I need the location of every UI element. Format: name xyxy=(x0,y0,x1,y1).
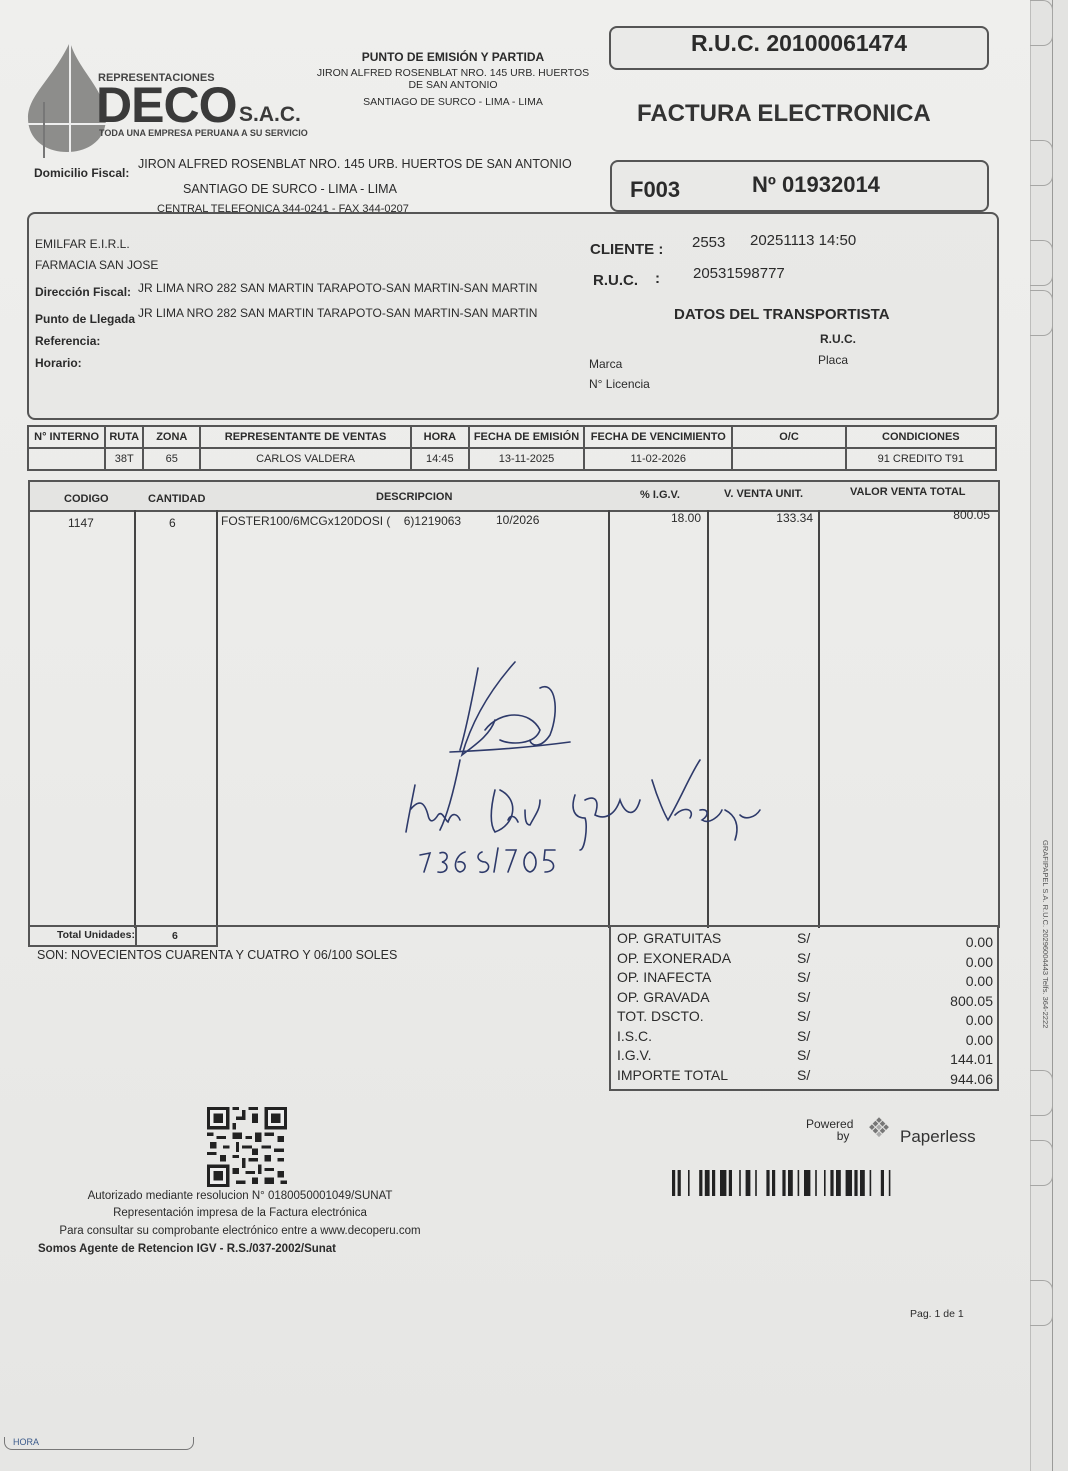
item-code: 1147 xyxy=(68,516,94,530)
emission-point-line: SANTIAGO DE SURCO - LIMA - LIMA xyxy=(312,96,594,108)
total-units-label: Total Unidades: xyxy=(57,929,135,941)
form-edge xyxy=(1030,0,1068,1471)
client-ruc: 20531598777 xyxy=(693,265,785,282)
client-datetime: 20251113 14:50 xyxy=(750,232,856,249)
client-code: 2553 xyxy=(692,234,725,251)
item-igv: 18.00 xyxy=(610,511,701,525)
total-units: Total Unidades: 6 xyxy=(28,927,218,947)
summary-row: OP. INAFECTA S/ 0.00 xyxy=(617,969,993,989)
column-divider xyxy=(216,510,218,928)
summary-label: I.G.V. xyxy=(617,1047,652,1063)
fiscal-address-label: Domicilio Fiscal: xyxy=(34,166,129,180)
header-total: VALOR VENTA TOTAL xyxy=(850,486,966,498)
summary-label: OP. GRATUITAS xyxy=(617,930,721,946)
summary-label: TOT. DSCTO. xyxy=(617,1008,704,1024)
barcode-icon xyxy=(672,1170,967,1196)
summary-label: OP. INAFECTA xyxy=(617,969,711,985)
document-type: FACTURA ELECTRONICA xyxy=(637,100,931,128)
summary-row: I.S.C. S/ 0.00 xyxy=(617,1028,993,1048)
summary-value: 0.00 xyxy=(966,1032,993,1048)
header-time: HORA xyxy=(411,426,469,448)
currency: S/ xyxy=(797,930,810,946)
item-total: 800.05 xyxy=(820,508,990,522)
page-number: Pag. 1 de 1 xyxy=(910,1308,964,1320)
footer-authorization: Autorizado mediante resolucion N° 018005… xyxy=(30,1190,450,1202)
carrier-plate-label: Placa xyxy=(818,353,848,367)
reference-label: Referencia: xyxy=(35,334,100,348)
hora-tab: HORA xyxy=(4,1437,194,1450)
column-divider xyxy=(818,510,820,928)
carrier-license-label: N° Licencia xyxy=(589,377,650,391)
po xyxy=(732,448,845,470)
footer-consult: Para consultar su comprobante electrónic… xyxy=(30,1225,450,1237)
item-description: FOSTER100/6MCGx120DOSI ( 6)1219063 xyxy=(221,514,461,528)
header-internal-no: N° INTERNO xyxy=(28,426,105,448)
form-tab xyxy=(1030,240,1053,286)
summary-value: 800.05 xyxy=(950,993,993,1009)
header-igv: % I.G.V. xyxy=(640,489,680,501)
summary-value: 0.00 xyxy=(966,954,993,970)
header-unit-price: V. VENTA UNIT. xyxy=(724,488,803,500)
zone: 65 xyxy=(143,448,200,470)
currency: S/ xyxy=(797,989,810,1005)
summary-row: OP. GRATUITAS S/ 0.00 xyxy=(617,930,993,950)
arrival-address: JR LIMA NRO 282 SAN MARTIN TARAPOTO-SAN … xyxy=(138,306,537,320)
printer-imprint: GRAFIPAPEL S.A. R.U.C. 20296004443 Telfs… xyxy=(1041,840,1050,1028)
summary-value: 0.00 xyxy=(966,1012,993,1028)
form-tab xyxy=(1030,1140,1053,1186)
qr-code-icon xyxy=(207,1107,287,1187)
form-tab xyxy=(1030,1070,1053,1116)
client-fiscal-address: JR LIMA NRO 282 SAN MARTIN TARAPOTO-SAN … xyxy=(138,281,537,295)
logo-slogan: TODA UNA EMPRESA PERUANA A SU SERVICIO xyxy=(99,128,308,138)
header-conditions: CONDICIONES xyxy=(846,426,996,448)
invoice-sheet: REPRESENTACIONES DECO S.A.C. TODA UNA EM… xyxy=(0,0,1030,1471)
summary-row: TOT. DSCTO. S/ 0.00 xyxy=(617,1008,993,1028)
issuer-ruc: R.U.C. 20100061474 xyxy=(609,30,989,57)
amount-in-words: SON: NOVECIENTOS CUARENTA Y CUATRO Y 06/… xyxy=(37,948,397,962)
emission-point-title: PUNTO DE EMISIÓN Y PARTIDA xyxy=(318,50,588,64)
client-ruc-colon: : xyxy=(655,270,660,287)
summary-row: OP. GRAVADA S/ 800.05 xyxy=(617,989,993,1009)
fiscal-address-line2: SANTIAGO DE SURCO - LIMA - LIMA xyxy=(183,182,397,196)
client-code-label: CLIENTE : xyxy=(590,241,663,258)
emission-point-line: JIRON ALFRED ROSENBLAT NRO. 145 URB. HUE… xyxy=(312,67,594,79)
form-tab xyxy=(1030,140,1053,186)
currency: S/ xyxy=(797,1067,810,1083)
logo-deco: DECO xyxy=(96,80,236,130)
form-tab xyxy=(1030,0,1053,46)
summary-row: I.G.V. S/ 144.01 xyxy=(617,1047,993,1067)
footer-representation: Representación impresa de la Factura ele… xyxy=(30,1207,450,1219)
form-tab xyxy=(1030,1280,1053,1326)
item-expiry: 10/2026 xyxy=(496,513,539,527)
currency: S/ xyxy=(797,969,810,985)
totals-summary: OP. GRATUITAS S/ 0.00 OP. EXONERADA S/ 0… xyxy=(609,927,999,1091)
column-divider xyxy=(134,510,136,928)
form-tab xyxy=(1030,290,1053,336)
powered-by: Powered by xyxy=(806,1118,853,1142)
header-due-date: FECHA DE VENCIMIENTO xyxy=(584,426,732,448)
header-po: O/C xyxy=(732,426,845,448)
currency: S/ xyxy=(797,1047,810,1063)
document-number: Nº 01932014 xyxy=(752,172,880,198)
summary-label: IMPORTE TOTAL xyxy=(617,1067,728,1083)
time: 14:45 xyxy=(411,448,469,470)
internal-no xyxy=(28,448,105,470)
summary-label: OP. GRAVADA xyxy=(617,989,710,1005)
conditions: 91 CREDITO T91 xyxy=(846,448,996,470)
header-qty: CANTIDAD xyxy=(148,493,205,505)
carrier-ruc-label: R.U.C. xyxy=(820,332,856,346)
currency: S/ xyxy=(797,1028,810,1044)
route: 38T xyxy=(105,448,143,470)
summary-value: 0.00 xyxy=(966,934,993,950)
issue-date: 13-11-2025 xyxy=(469,448,584,470)
client-trade-name: FARMACIA SAN JOSE xyxy=(35,258,158,272)
handwritten-signature xyxy=(390,650,790,880)
by-text: by xyxy=(806,1130,853,1142)
summary-value: 944.06 xyxy=(950,1071,993,1087)
summary-value: 0.00 xyxy=(966,973,993,989)
logo-sac: S.A.C. xyxy=(239,103,301,127)
summary-label: I.S.C. xyxy=(617,1028,652,1044)
carrier-brand-label: Marca xyxy=(589,357,622,371)
summary-row-total: IMPORTE TOTAL S/ 944.06 xyxy=(617,1067,993,1087)
header-zone: ZONA xyxy=(143,426,200,448)
fiscal-address-line1: JIRON ALFRED ROSENBLAT NRO. 145 URB. HUE… xyxy=(138,157,572,171)
emission-point-line: DE SAN ANTONIO xyxy=(312,79,594,91)
summary-value: 144.01 xyxy=(950,1051,993,1067)
due-date: 11-02-2026 xyxy=(584,448,732,470)
header-code: CODIGO xyxy=(64,493,109,505)
carrier-title: DATOS DEL TRANSPORTISTA xyxy=(674,306,890,323)
currency: S/ xyxy=(797,950,810,966)
paperless-logo-icon xyxy=(862,1116,896,1144)
document-series: F003 xyxy=(630,177,680,203)
paperless-brand: Paperless xyxy=(900,1127,976,1147)
client-fiscal-label: Dirección Fiscal: xyxy=(35,285,131,299)
form-edge-line xyxy=(1052,0,1053,1471)
client-name: EMILFAR E.I.R.L. xyxy=(35,237,130,251)
arrival-label: Punto de Llegada xyxy=(35,312,135,326)
item-unit-price: 133.34 xyxy=(710,511,813,525)
info-table: N° INTERNO RUTA ZONA REPRESENTANTE DE VE… xyxy=(27,425,997,471)
summary-label: OP. EXONERADA xyxy=(617,950,731,966)
header-route: RUTA xyxy=(105,426,143,448)
currency: S/ xyxy=(797,1008,810,1024)
total-units-value: 6 xyxy=(172,930,178,942)
schedule-label: Horario: xyxy=(35,356,82,370)
client-ruc-label: R.U.C. xyxy=(593,272,638,289)
item-qty: 6 xyxy=(169,516,176,530)
header-description: DESCRIPCION xyxy=(376,491,452,503)
summary-row: OP. EXONERADA S/ 0.00 xyxy=(617,950,993,970)
header-sales-rep: REPRESENTANTE DE VENTAS xyxy=(200,426,410,448)
sales-rep: CARLOS VALDERA xyxy=(200,448,410,470)
header-issue-date: FECHA DE EMISIÓN xyxy=(469,426,584,448)
retention-agent: Somos Agente de Retencion IGV - R.S./037… xyxy=(38,1243,336,1255)
